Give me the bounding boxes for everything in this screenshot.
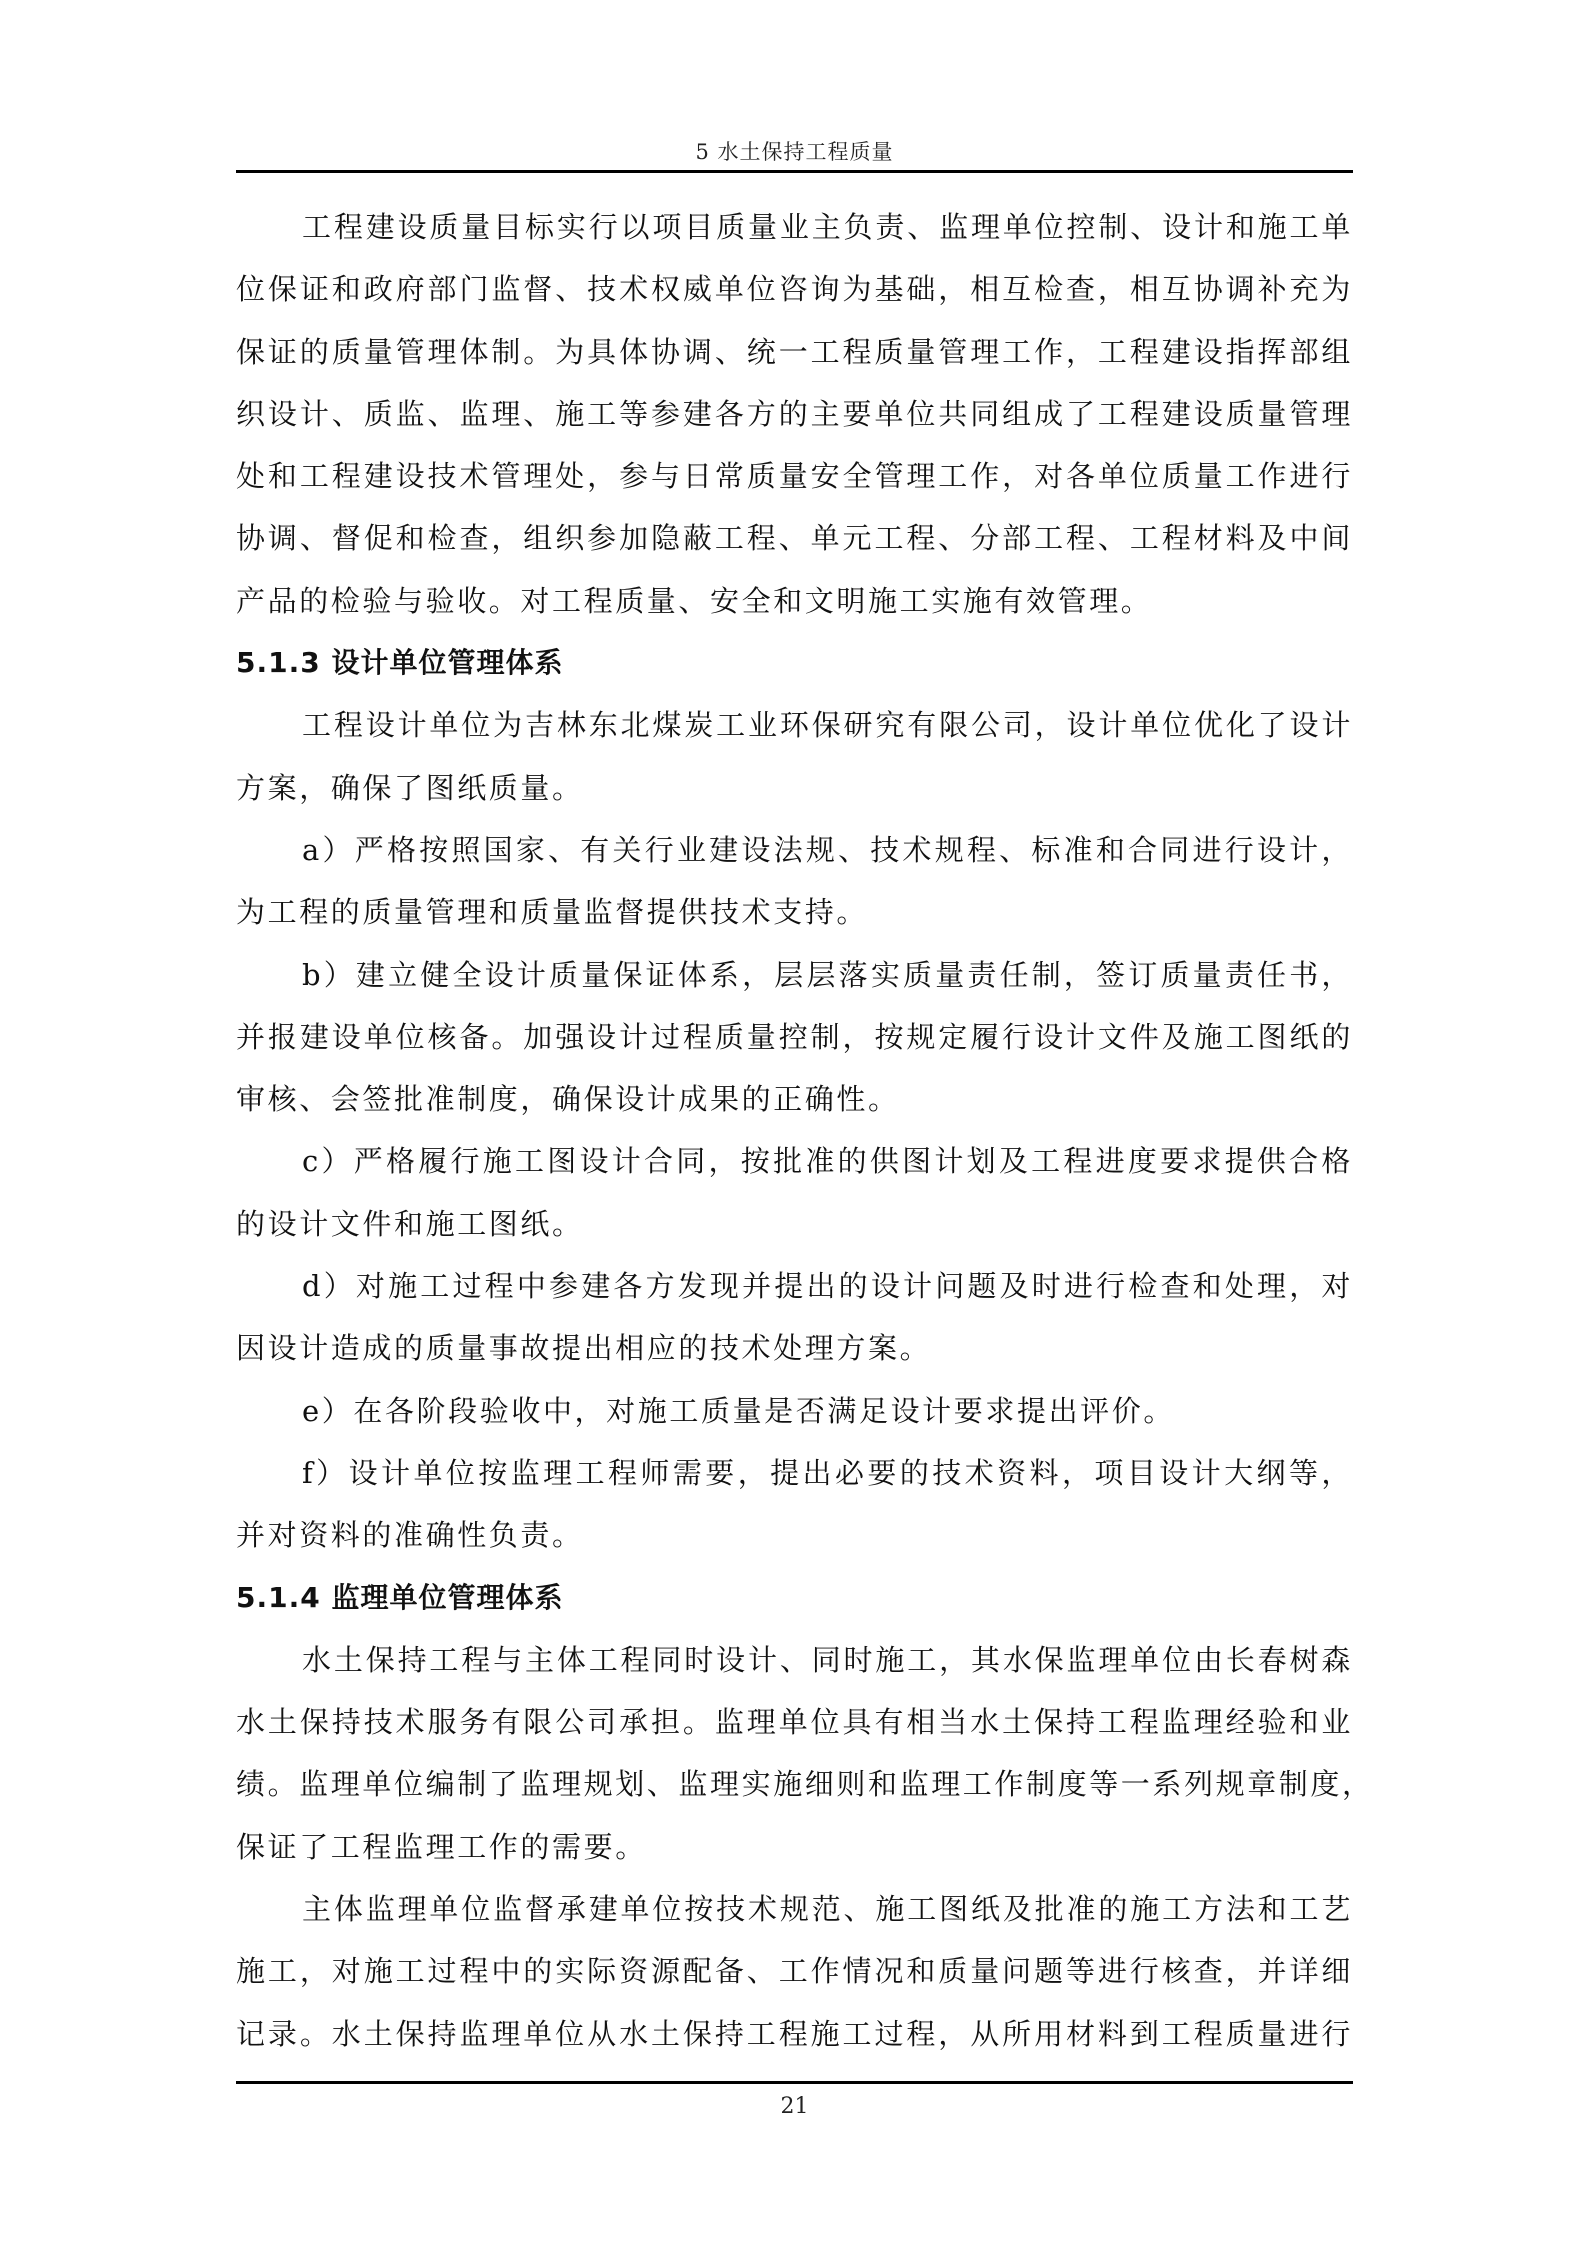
text-line: 产品的检验与验收。对工程质量、安全和文明施工实施有效管理。 [236, 570, 1353, 632]
text-line: 并对资料的准确性负责。 [236, 1504, 1353, 1566]
text-line: 为工程的质量管理和质量监督提供技术支持。 [236, 881, 1353, 943]
section-heading-5-1-4: 5.1.4 监理单位管理体系 [236, 1567, 1353, 1629]
list-item-d: d）对施工过程中参建各方发现并提出的设计问题及时进行检查和处理，对 因设计造成的… [236, 1255, 1353, 1380]
list-item-f: f）设计单位按监理工程师需要，提出必要的技术资料，项目设计大纲等， 并对资料的准… [236, 1442, 1353, 1567]
text-line: c）严格履行施工图设计合同，按批准的供图计划及工程进度要求提供合格 [236, 1130, 1353, 1192]
text-line: 水土保持技术服务有限公司承担。监理单位具有相当水土保持工程监理经验和业 [236, 1691, 1353, 1753]
document-body: 工程建设质量目标实行以项目质量业主负责、监理单位控制、设计和施工单 位保证和政府… [236, 196, 1353, 2065]
text-line: 主体监理单位监督承建单位按技术规范、施工图纸及批准的施工方法和工艺 [236, 1878, 1353, 1940]
text-line: 因设计造成的质量事故提出相应的技术处理方案。 [236, 1317, 1353, 1379]
text-line: a）严格按照国家、有关行业建设法规、技术规程、标准和合同进行设计， [236, 819, 1353, 881]
text-line: f）设计单位按监理工程师需要，提出必要的技术资料，项目设计大纲等， [236, 1442, 1353, 1504]
text-line: e）在各阶段验收中，对施工质量是否满足设计要求提出评价。 [236, 1380, 1353, 1442]
text-line: b）建立健全设计质量保证体系，层层落实质量责任制，签订质量责任书， [236, 944, 1353, 1006]
text-line: 处和工程建设技术管理处，参与日常质量安全管理工作，对各单位质量工作进行 [236, 445, 1353, 507]
text-line: 保证了工程监理工作的需要。 [236, 1816, 1353, 1878]
text-line: 绩。监理单位编制了监理规划、监理实施细则和监理工作制度等一系列规章制度， [236, 1753, 1353, 1815]
text-line: 位保证和政府部门监督、技术权威单位咨询为基础，相互检查，相互协调补充为 [236, 258, 1353, 320]
paragraph-supervision-unit: 水土保持工程与主体工程同时设计、同时施工，其水保监理单位由长春树森 水土保持技术… [236, 1629, 1353, 1878]
text-line: 并报建设单位核备。加强设计过程质量控制，按规定履行设计文件及施工图纸的 [236, 1006, 1353, 1068]
text-line: 保证的质量管理体制。为具体协调、统一工程质量管理工作，工程建设指挥部组 [236, 321, 1353, 383]
text-line: 审核、会签批准制度，确保设计成果的正确性。 [236, 1068, 1353, 1130]
text-line: 工程建设质量目标实行以项目质量业主负责、监理单位控制、设计和施工单 [236, 196, 1353, 258]
text-line: 水土保持工程与主体工程同时设计、同时施工，其水保监理单位由长春树森 [236, 1629, 1353, 1691]
running-header: 5 水土保持工程质量 [236, 136, 1353, 166]
paragraph-design-unit: 工程设计单位为吉林东北煤炭工业环保研究有限公司，设计单位优化了设计 方案，确保了… [236, 694, 1353, 819]
paragraph-quality-system: 工程建设质量目标实行以项目质量业主负责、监理单位控制、设计和施工单 位保证和政府… [236, 196, 1353, 632]
text-line: 工程设计单位为吉林东北煤炭工业环保研究有限公司，设计单位优化了设计 [236, 694, 1353, 756]
text-line: 织设计、质监、监理、施工等参建各方的主要单位共同组成了工程建设质量管理 [236, 383, 1353, 445]
paragraph-main-supervision: 主体监理单位监督承建单位按技术规范、施工图纸及批准的施工方法和工艺 施工，对施工… [236, 1878, 1353, 2065]
list-item-a: a）严格按照国家、有关行业建设法规、技术规程、标准和合同进行设计， 为工程的质量… [236, 819, 1353, 944]
text-line: d）对施工过程中参建各方发现并提出的设计问题及时进行检查和处理，对 [236, 1255, 1353, 1317]
text-line: 方案，确保了图纸质量。 [236, 757, 1353, 819]
text-line: 的设计文件和施工图纸。 [236, 1193, 1353, 1255]
text-line: 记录。水土保持监理单位从水土保持工程施工过程，从所用材料到工程质量进行 [236, 2003, 1353, 2065]
page-number: 21 [236, 2094, 1353, 2119]
section-heading-5-1-3: 5.1.3 设计单位管理体系 [236, 632, 1353, 694]
text-line: 施工，对施工过程中的实际资源配备、工作情况和质量问题等进行核查，并详细 [236, 1940, 1353, 2002]
list-item-e: e）在各阶段验收中，对施工质量是否满足设计要求提出评价。 [236, 1380, 1353, 1442]
text-line: 协调、督促和检查，组织参加隐蔽工程、单元工程、分部工程、工程材料及中间 [236, 507, 1353, 569]
header-rule [236, 170, 1353, 173]
list-item-b: b）建立健全设计质量保证体系，层层落实质量责任制，签订质量责任书， 并报建设单位… [236, 944, 1353, 1131]
list-item-c: c）严格履行施工图设计合同，按批准的供图计划及工程进度要求提供合格 的设计文件和… [236, 1130, 1353, 1255]
footer-rule [236, 2081, 1353, 2084]
